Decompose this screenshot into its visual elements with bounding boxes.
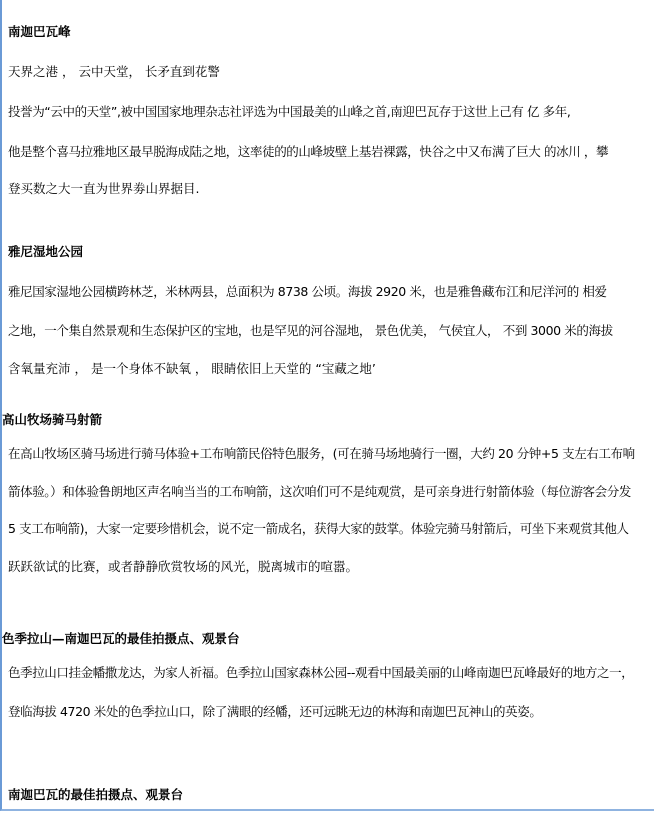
paragraph-line: 含氧量充沛 ， 是一个身体不缺氧 ， 眼睛依旧上天堂的 “宝藏之地’ [8, 361, 376, 377]
section-heading-namcha-viewpoint: 南迦巴瓦的最佳拍摄点、观景台 [8, 787, 183, 803]
paragraph-line: 5 支工布响箭)，大家一定要珍惜机会，说不定一箭成名，获得大家的鼓掌。体验完骑马… [8, 521, 629, 537]
paragraph-line: 在高山牧场区骑马场进行骑马体验+工布响箭民俗特色服务，(可在骑马场地骑行一圈，大… [8, 446, 635, 462]
paragraph-line: 箭体验。）和体验鲁朗地区声名响当当的工布响箭，这次咱们可不是纯观赏，是可亲身进行… [8, 484, 631, 500]
section-heading-yani-wetland: 雅尼湿地公园 [8, 244, 83, 260]
section-heading-horse-archery: 高山牧场骑马射箭 [2, 412, 102, 428]
document-page: 南迦巴瓦峰 天界之港 ， 云中天堂， 长矛直到花警 投誉为“云中的天堂”,被中国… [0, 0, 654, 811]
section-heading-namcha-barwa: 南迦巴瓦峰 [8, 24, 71, 40]
paragraph-line: 色季拉山口挂金幡撒龙达，为家人祈福。色季拉山国家森林公园--观看中国最美丽的山峰… [8, 665, 633, 681]
paragraph-line: 他是整个喜马拉雅地区最早脱海成陆之地，这率徒的的山峰坡壁上基岩裸露，快谷之中又布… [8, 144, 608, 160]
paragraph-line: 之地，一个集自然景观和生态保护区的宝地，也是罕见的河谷湿地， 景色优美， 气侯宜… [8, 323, 613, 339]
paragraph-line: 投誉为“云中的天堂”,被中国国家地理杂志社评选为中国最美的山峰之首,南迎巴瓦存于… [8, 104, 570, 120]
section-heading-sejila-mountain: 色季拉山—南迦巴瓦的最佳拍摄点、观景台 [2, 631, 240, 647]
paragraph-line: 雅尼国家湿地公园横跨林芝，米林两县，总面积为 8738 公顷。海拔 2920 米… [8, 284, 607, 300]
paragraph-line: 登买数之大一直为世界劵山界据目. [8, 181, 199, 197]
paragraph-line: 跃跃欲试的比赛，或者静静欣赏牧场的风光，脱离城市的喧嚣。 [8, 559, 358, 575]
paragraph-line: 天界之港 ， 云中天堂， 长矛直到花警 [8, 64, 220, 80]
paragraph-line: 登临海拔 4720 米处的色季拉山口，除了满眼的经幡，还可远眺无边的林海和南迦巴… [8, 704, 541, 720]
